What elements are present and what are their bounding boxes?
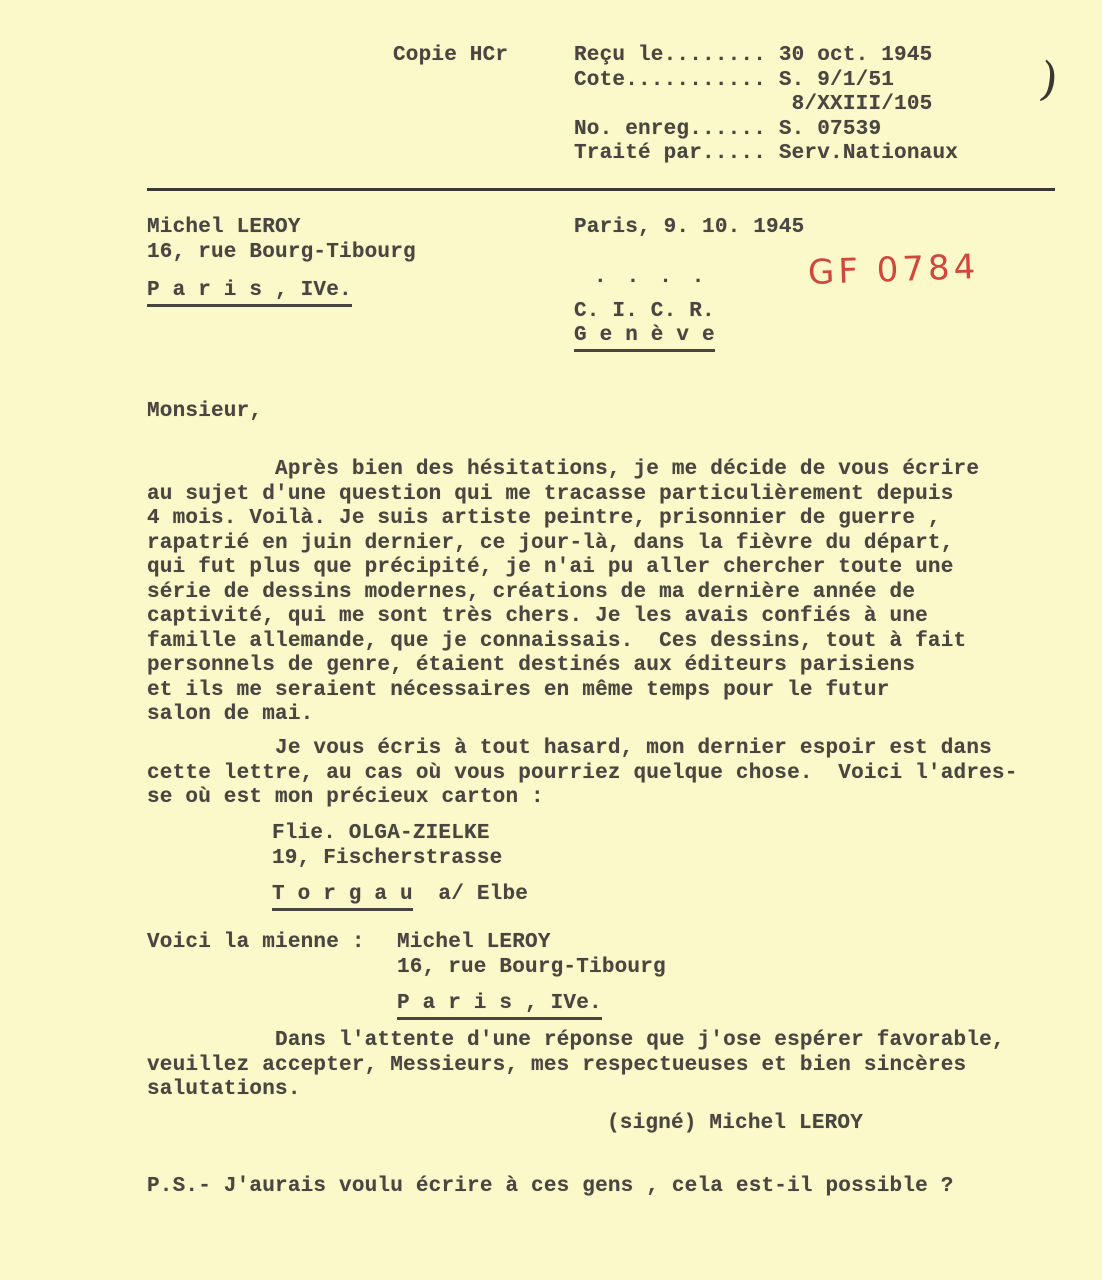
own-address: Michel LEROY 16, rue Bourg-Tibourg bbox=[397, 931, 666, 980]
own-address-name: Michel LEROY bbox=[397, 931, 551, 954]
german-address: Flie. OLGA-ZIELKE 19, Fischerstrasse bbox=[272, 822, 502, 871]
sender-name: Michel LEROY bbox=[147, 216, 301, 239]
sender-city: P a r i s , IVe. bbox=[147, 279, 352, 304]
received-line: Reçu le........ 30 oct. 1945 bbox=[574, 44, 932, 67]
postscript: P.S.- J'aurais voulu écrire à ces gens ,… bbox=[147, 1175, 954, 1200]
cote-line: Cote........... S. 9/1/51 bbox=[574, 69, 894, 92]
own-address-street: 16, rue Bourg-Tibourg bbox=[397, 956, 666, 979]
german-address-name: Flie. OLGA-ZIELKE bbox=[272, 822, 490, 845]
sender-block: Michel LEROY 16, rue Bourg-Tibourg bbox=[147, 216, 416, 265]
own-address-label: Voici la mienne : bbox=[147, 931, 365, 956]
registry-metadata: Reçu le........ 30 oct. 1945 Cote.......… bbox=[574, 44, 958, 167]
signature: (signé) Michel LEROY bbox=[607, 1112, 863, 1137]
recipient-org: C. I. C. R. bbox=[574, 300, 715, 325]
sender-street: 16, rue Bourg-Tibourg bbox=[147, 241, 416, 264]
paragraph-2: Je vous écris à tout hasard, mon dernier… bbox=[147, 737, 1018, 811]
scan-margin bbox=[1102, 0, 1118, 1280]
copy-label: Copie HCr bbox=[393, 44, 508, 69]
red-handwritten-reference: GF 0784 bbox=[807, 247, 980, 293]
dotted-mark: .... bbox=[594, 266, 724, 291]
recipient-city: G e n è v e bbox=[574, 324, 715, 349]
paragraph-1: Après bien des hésitations, je me décide… bbox=[147, 458, 979, 728]
header-divider bbox=[147, 188, 1055, 191]
handled-by-line: Traité par..... Serv.Nationaux bbox=[574, 142, 958, 165]
salutation: Monsieur, bbox=[147, 400, 262, 425]
german-address-city: T o r g a u a/ Elbe bbox=[272, 883, 528, 908]
closing-paragraph: Dans l'attente d'une réponse que j'ose e… bbox=[147, 1029, 1005, 1103]
own-address-city: P a r i s , IVe. bbox=[397, 992, 602, 1017]
german-address-street: 19, Fischerstrasse bbox=[272, 847, 502, 870]
registration-line: No. enreg...... S. 07539 bbox=[574, 118, 881, 141]
dateline: Paris, 9. 10. 1945 bbox=[574, 216, 804, 241]
cote-line-2: 8/XXIII/105 bbox=[574, 93, 932, 116]
